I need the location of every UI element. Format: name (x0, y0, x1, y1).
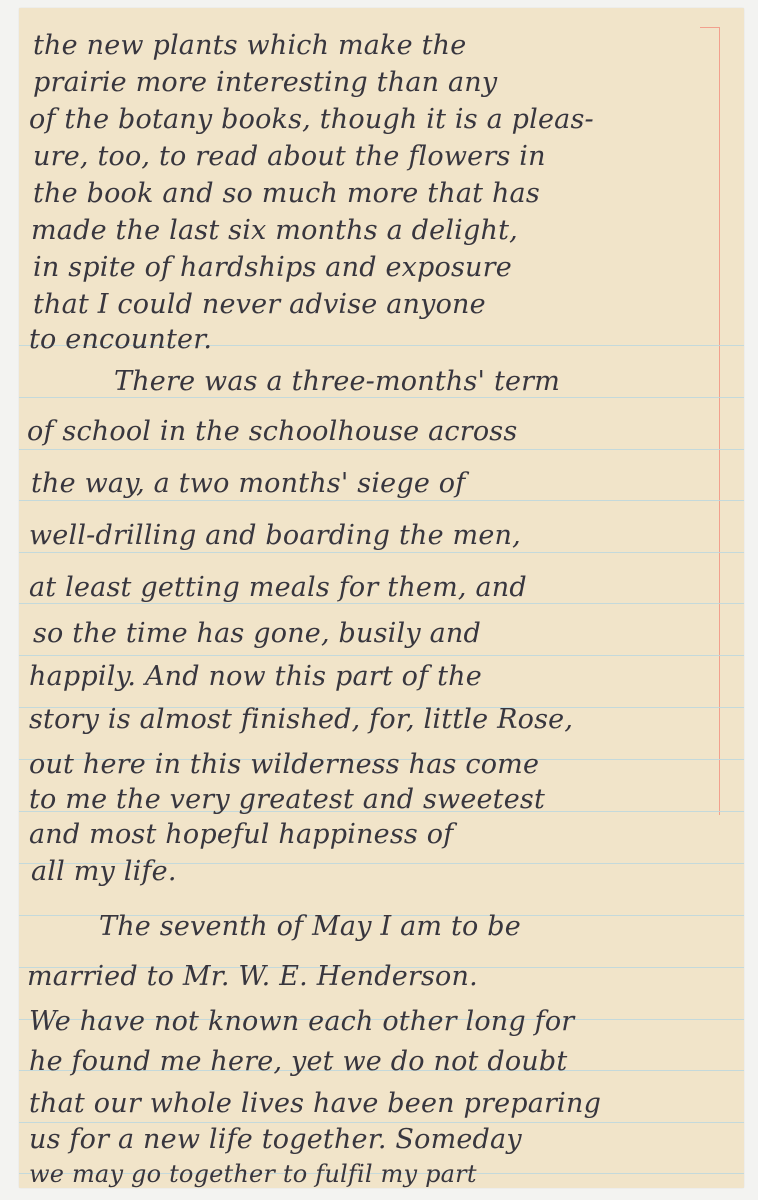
red-margin-line (719, 27, 720, 815)
ruled-line (19, 449, 744, 450)
text-line: us for a new life together. Someday (29, 1126, 522, 1153)
text-line: ure, too, to read about the flowers in (33, 143, 546, 170)
text-line: to me the very greatest and sweetest (29, 786, 545, 813)
ruled-line (19, 552, 744, 553)
text-line: story is almost finished, for, little Ro… (29, 706, 573, 733)
text-line: There was a three-months' term (19, 368, 560, 395)
text-line: the way, a two months' siege of (31, 470, 465, 497)
ruled-line (19, 1122, 744, 1123)
text-line: We have not known each other long for (29, 1008, 574, 1035)
text-line: at least getting meals for them, and (29, 574, 527, 601)
text-line: of school in the schoolhouse across (27, 418, 517, 445)
text-line: in spite of hardships and exposure (33, 254, 512, 281)
text-line: we may go together to fulfil my part (29, 1162, 477, 1186)
ruled-line (19, 500, 744, 501)
text-line: of the botany books, though it is a plea… (29, 106, 594, 133)
ruled-line (19, 603, 744, 604)
text-line: that I could never advise anyone (33, 291, 486, 318)
text-line: the book and so much more that has (33, 180, 540, 207)
ruled-line (19, 397, 744, 398)
text-line: so the time has gone, busily and (33, 620, 481, 647)
text-line: The seventh of May I am to be (19, 913, 521, 940)
text-line: well-drilling and boarding the men, (29, 522, 521, 549)
ruled-line (19, 655, 744, 656)
letter-page: the new plants which make the prairie mo… (19, 8, 744, 1188)
text-line: made the last six months a delight, (31, 217, 518, 244)
text-line: the new plants which make the (33, 32, 466, 59)
text-line: all my life. (31, 858, 177, 885)
text-line: and most hopeful happiness of (29, 821, 453, 848)
margin-line-tick (700, 27, 720, 28)
text-line: out here in this wilderness has come (29, 751, 539, 778)
text-line: to encounter. (29, 326, 212, 353)
text-line: that our whole lives have been preparing (29, 1090, 601, 1117)
text-line: married to Mr. W. E. Henderson. (27, 963, 478, 990)
text-line: he found me here, yet we do not doubt (29, 1048, 567, 1075)
text-line: happily. And now this part of the (29, 663, 482, 690)
text-line: prairie more interesting than any (33, 69, 497, 96)
